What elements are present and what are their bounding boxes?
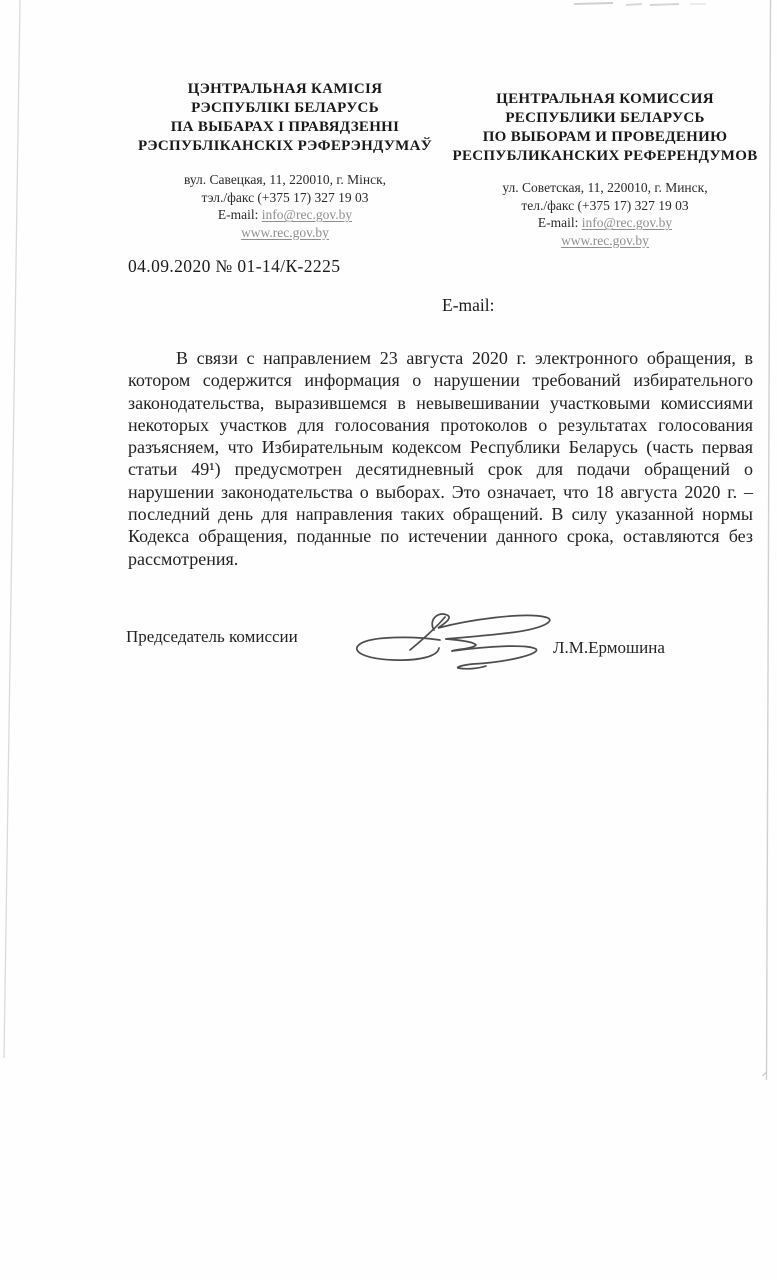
- address-line: вул. Савецкая, 11, 220010, г. Мінск,: [126, 171, 444, 189]
- org-title-line: РЕСПУБЛИКИ БЕЛАРУСЬ: [446, 109, 764, 128]
- address-line: ул. Советская, 11, 220010, г. Минск,: [446, 179, 764, 197]
- website-link: www.rec.gov.by: [126, 224, 444, 242]
- email-link: info@rec.gov.by: [582, 215, 672, 230]
- email-label: E-mail:: [538, 215, 582, 230]
- email-line: E-mail: info@rec.gov.by: [446, 214, 764, 232]
- org-title-russian: ЦЕНТРАЛЬНАЯ КОМИССИЯ РЕСПУБЛИКИ БЕЛАРУСЬ…: [446, 90, 764, 166]
- org-address-russian: ул. Советская, 11, 220010, г. Минск, тел…: [446, 179, 764, 249]
- org-title-line: ЦЕНТРАЛЬНАЯ КОМИССИЯ: [446, 90, 764, 109]
- email-label: E-mail:: [218, 207, 262, 222]
- letter-body-paragraph: В связи с направлением 23 августа 2020 г…: [128, 347, 753, 570]
- letterhead-belarusian: ЦЭНТРАЛЬНАЯ КАМІСІЯ РЭСПУБЛІКІ БЕЛАРУСЬ …: [126, 80, 444, 241]
- handwritten-signature: [348, 598, 563, 680]
- phone-line: тэл./факс (+375 17) 327 19 03: [126, 189, 444, 207]
- website-link: www.rec.gov.by: [446, 232, 764, 250]
- phone-line: тел./факс (+375 17) 327 19 03: [446, 197, 764, 215]
- email-line: E-mail: info@rec.gov.by: [126, 206, 444, 224]
- recipient-email-label: E-mail:: [442, 295, 494, 316]
- scanned-letter-page: ЦЭНТРАЛЬНАЯ КАМІСІЯ РЭСПУБЛІКІ БЕЛАРУСЬ …: [0, 0, 777, 1280]
- org-title-line: ПА ВЫБАРАХ І ПРАВЯДЗЕННІ: [126, 118, 444, 137]
- org-title-line: РЕСПУБЛИКАНСКИХ РЕФЕРЕНДУМОВ: [446, 147, 764, 166]
- letterhead-russian: ЦЕНТРАЛЬНАЯ КОМИССИЯ РЕСПУБЛИКИ БЕЛАРУСЬ…: [446, 90, 764, 249]
- org-title-belarusian: ЦЭНТРАЛЬНАЯ КАМІСІЯ РЭСПУБЛІКІ БЕЛАРУСЬ …: [126, 80, 444, 156]
- org-address-belarusian: вул. Савецкая, 11, 220010, г. Мінск, тэл…: [126, 171, 444, 241]
- org-title-line: ПО ВЫБОРАМ И ПРОВЕДЕНИЮ: [446, 128, 764, 147]
- signer-title: Председатель комиссии: [126, 627, 298, 647]
- org-title-line: РЭСПУБЛІКІ БЕЛАРУСЬ: [126, 99, 444, 118]
- org-title-line: РЭСПУБЛІКАНСКІХ РЭФЕРЭНДУМАЎ: [126, 137, 444, 156]
- signer-name: Л.М.Ермошина: [553, 638, 665, 658]
- email-link: info@rec.gov.by: [262, 207, 352, 222]
- org-title-line: ЦЭНТРАЛЬНАЯ КАМІСІЯ: [126, 80, 444, 99]
- date-reference-number: 04.09.2020 № 01-14/К-2225: [128, 256, 340, 277]
